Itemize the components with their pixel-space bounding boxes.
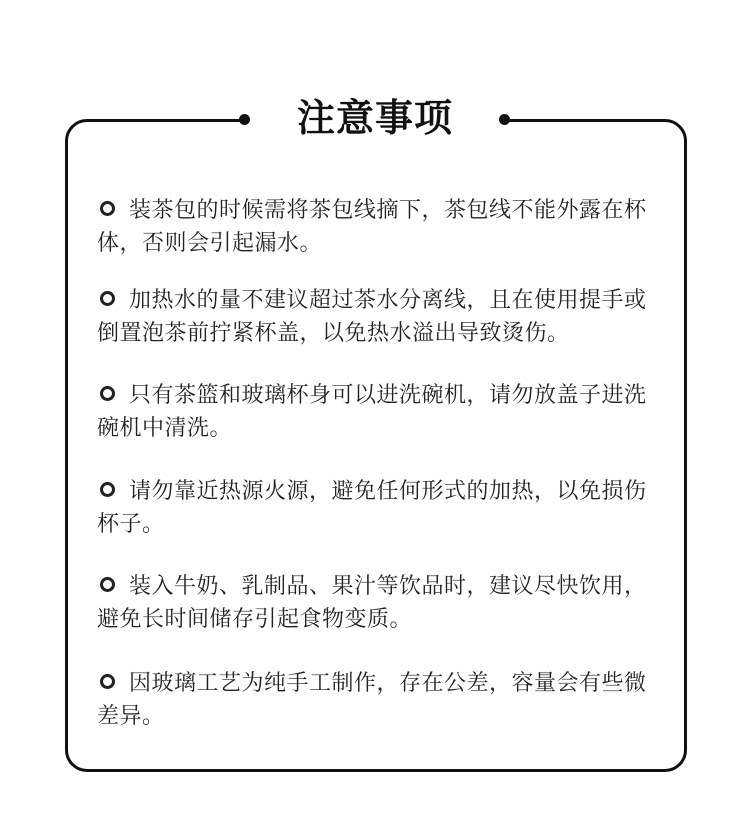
page-title: 注意事项: [250, 92, 500, 144]
notice-text: 请勿靠近热源火源，避免任何形式的加热，以免损伤杯子。: [97, 479, 647, 537]
notice-item: 请勿靠近热源火源，避免任何形式的加热，以免损伤杯子。: [97, 475, 657, 541]
circle-bullet-icon: [100, 201, 115, 216]
right-dot-icon: [499, 114, 510, 125]
circle-bullet-icon: [100, 482, 115, 497]
notice-text: 加热水的量不建议超过茶水分离线，且在使用提手或倒置泡茶前拧紧杯盖，以免热水溢出导…: [97, 288, 647, 346]
notice-item: 加热水的量不建议超过茶水分离线，且在使用提手或倒置泡茶前拧紧杯盖，以免热水溢出导…: [97, 284, 657, 350]
notice-text: 装入牛奶、乳制品、果汁等饮品时，建议尽快饮用，避免长时间储存引起食物变质。: [97, 574, 647, 632]
notice-text: 因玻璃工艺为纯手工制作，存在公差，容量会有些微差异。: [97, 671, 647, 729]
notice-item: 装入牛奶、乳制品、果汁等饮品时，建议尽快饮用，避免长时间储存引起食物变质。: [97, 570, 657, 636]
circle-bullet-icon: [100, 674, 115, 689]
notice-item: 因玻璃工艺为纯手工制作，存在公差，容量会有些微差异。: [97, 667, 657, 733]
circle-bullet-icon: [100, 291, 115, 306]
circle-bullet-icon: [100, 577, 115, 592]
notice-text: 只有茶篮和玻璃杯身可以进洗碗机，请勿放盖子进洗碗机中清洗。: [97, 383, 647, 441]
circle-bullet-icon: [100, 386, 115, 401]
notice-text: 装茶包的时候需将茶包线摘下，茶包线不能外露在杯体，否则会引起漏水。: [97, 198, 647, 256]
notice-item: 只有茶篮和玻璃杯身可以进洗碗机，请勿放盖子进洗碗机中清洗。: [97, 379, 657, 445]
left-dot-icon: [239, 114, 250, 125]
notice-item: 装茶包的时候需将茶包线摘下，茶包线不能外露在杯体，否则会引起漏水。: [97, 194, 657, 260]
